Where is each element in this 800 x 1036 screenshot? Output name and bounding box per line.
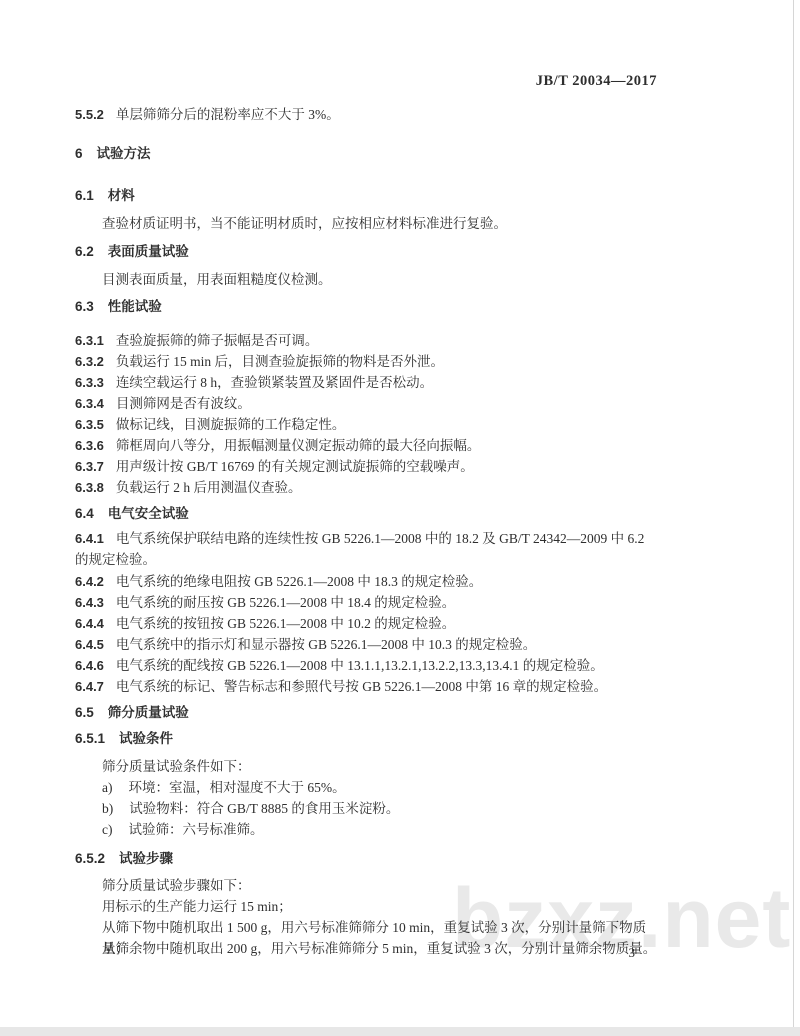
clause-text: 负载运行 2 h 后用测温仪查验。 [116,480,302,495]
clause-text: 电气系统的耐压按 GB 5226.1—2008 中 18.4 的规定检验。 [116,595,455,610]
clause-6.3.6: 6.3.6筛框周向八等分，用振幅测量仪测定振动筛的最大径向振幅。 [75,435,657,456]
heading-text: 筛分质量试验 [108,705,189,720]
heading-text: 材料 [108,188,135,203]
heading-6.1: 6.1材料 [75,185,657,206]
heading-6.4: 6.4电气安全试验 [75,503,657,524]
clause-text: 筛框周向八等分，用振幅测量仪测定振动筛的最大径向振幅。 [116,438,481,453]
clause-6.4.2: 6.4.2电气系统的绝缘电阻按 GB 5226.1—2008 中 18.3 的规… [75,571,657,592]
clause-number: 6.3.7 [75,459,104,474]
list-item-b: b)试验物料：符合 GB/T 8885 的食用玉米淀粉。 [75,798,657,819]
clause-number: 6.3.8 [75,480,104,495]
heading-number: 6.5 [75,705,94,720]
clause-text: 电气系统的绝缘电阻按 GB 5226.1—2008 中 18.3 的规定检验。 [116,574,482,589]
clause-number: 6.4.4 [75,616,104,631]
clause-6.3.3: 6.3.3连续空载运行 8 h，查验锁紧装置及紧固件是否松动。 [75,372,657,393]
step-line: 用标示的生产能力运行 15 min； [75,896,657,917]
page-content: JB/T 20034—2017 5.5.2单层筛筛分后的混粉率应不大于 3%。 … [75,0,657,1027]
list-item-c: c)试验筛：六号标准筛。 [75,819,657,840]
page-right-edge [793,0,794,1027]
heading-text: 试验方法 [97,146,151,161]
heading-number: 6 [75,146,83,161]
clause-number: 6.4.6 [75,658,104,673]
clause-number: 6.4.5 [75,637,104,652]
clause-6.4.6: 6.4.6电气系统的配线按 GB 5226.1—2008 中 13.1.1,13… [75,655,657,676]
heading-text: 电气安全试验 [108,506,189,521]
clause-number: 6.3.1 [75,333,104,348]
standard-number-header: JB/T 20034—2017 [75,73,657,90]
list-text: 试验筛：六号标准筛。 [129,822,264,837]
clause-5.5.2: 5.5.2单层筛筛分后的混粉率应不大于 3%。 [75,104,657,125]
clause-6.3.2: 6.3.2负载运行 15 min 后，目测查验旋振筛的物料是否外泄。 [75,351,657,372]
clause-number: 6.3.6 [75,438,104,453]
list-marker: a) [102,780,113,795]
clause-text: 电气系统中的指示灯和显示器按 GB 5226.1—2008 中 10.3 的规定… [116,637,536,652]
clause-6.4.7: 6.4.7电气系统的标记、警告标志和参照代号按 GB 5226.1—2008 中… [75,676,657,697]
clause-number: 6.3.3 [75,375,104,390]
list-item-a: a)环境：室温，相对湿度不大于 65%。 [75,777,657,798]
clause-6.4.4: 6.4.4电气系统的按钮按 GB 5226.1—2008 中 10.2 的规定检… [75,613,657,634]
clause-number: 6.4.2 [75,574,104,589]
heading-6: 6试验方法 [75,143,657,164]
heading-number: 6.3 [75,299,94,314]
clause-number: 6.4.3 [75,595,104,610]
clause-number: 6.4.1 [75,531,104,546]
clause-text: 电气系统的按钮按 GB 5226.1—2008 中 10.2 的规定检验。 [116,616,455,631]
clause-6.3.5: 6.3.5做标记线，目测旋振筛的工作稳定性。 [75,414,657,435]
clause-text: 用声级计按 GB/T 16769 的有关规定测试旋振筛的空载噪声。 [116,459,474,474]
list-marker: b) [102,801,113,816]
heading-6.2: 6.2表面质量试验 [75,241,657,262]
heading-number: 6.4 [75,506,94,521]
clause-text: 单层筛筛分后的混粉率应不大于 3%。 [116,107,340,122]
clause-6.4.1: 6.4.1电气系统保护联结电路的连续性按 GB 5226.1—2008 中的 1… [75,528,657,570]
clause-6.3.1: 6.3.1查验旋振筛的筛子振幅是否可调。 [75,330,657,351]
clause-text: 负载运行 15 min 后，目测查验旋振筛的物料是否外泄。 [116,354,444,369]
heading-number: 6.1 [75,188,94,203]
clause-6.4.5: 6.4.5电气系统中的指示灯和显示器按 GB 5226.1—2008 中 10.… [75,634,657,655]
clause-text: 电气系统的配线按 GB 5226.1—2008 中 13.1.1,13.2.1,… [116,658,604,673]
heading-6.5.2: 6.5.2试验步骤 [75,848,657,869]
heading-6.5.1: 6.5.1试验条件 [75,728,657,749]
list-marker: c) [102,822,113,837]
clause-text: 连续空载运行 8 h，查验锁紧装置及紧固件是否松动。 [116,375,433,390]
page-bottom-edge [0,1027,800,1036]
clause-number: 6.3.4 [75,396,104,411]
clause-text: 电气系统保护联结电路的连续性按 GB 5226.1—2008 中的 18.2 及… [75,531,644,567]
heading-number: 6.2 [75,244,94,259]
clause-number: 6.3.2 [75,354,104,369]
clause-6.4.3: 6.4.3电气系统的耐压按 GB 5226.1—2008 中 18.4 的规定检… [75,592,657,613]
list-text: 环境：室温，相对湿度不大于 65%。 [129,780,346,795]
heading-number: 6.5.2 [75,851,105,866]
heading-6.3: 6.3性能试验 [75,296,657,317]
clause-text: 电气系统的标记、警告标志和参照代号按 GB 5226.1—2008 中第 16 … [116,679,607,694]
clause-text: 做标记线，目测旋振筛的工作稳定性。 [116,417,346,432]
heading-6.5: 6.5筛分质量试验 [75,702,657,723]
clause-6.3.8: 6.3.8负载运行 2 h 后用测温仪查验。 [75,477,657,498]
page-number: 3 [75,945,657,961]
heading-number: 6.5.1 [75,731,105,746]
clause-number: 6.4.7 [75,679,104,694]
clause-text: 目测筛网是否有波纹。 [116,396,251,411]
paragraph: 目测表面质量，用表面粗糙度仪检测。 [75,269,657,290]
heading-text: 试验步骤 [119,851,173,866]
heading-text: 表面质量试验 [108,244,189,259]
paragraph: 筛分质量试验步骤如下： [75,875,657,896]
document-page: bzxz.net JB/T 20034—2017 5.5.2单层筛筛分后的混粉率… [0,0,793,1027]
list-text: 试验物料：符合 GB/T 8885 的食用玉米淀粉。 [129,801,399,816]
paragraph: 查验材质证明书，当不能证明材质时，应按相应材料标准进行复验。 [75,213,657,234]
paragraph: 筛分质量试验条件如下： [75,756,657,777]
clause-number: 6.3.5 [75,417,104,432]
clause-text: 查验旋振筛的筛子振幅是否可调。 [116,333,319,348]
heading-text: 性能试验 [108,299,162,314]
clause-number: 5.5.2 [75,107,104,122]
clause-6.3.4: 6.3.4目测筛网是否有波纹。 [75,393,657,414]
clause-6.3.7: 6.3.7用声级计按 GB/T 16769 的有关规定测试旋振筛的空载噪声。 [75,456,657,477]
heading-text: 试验条件 [119,731,173,746]
